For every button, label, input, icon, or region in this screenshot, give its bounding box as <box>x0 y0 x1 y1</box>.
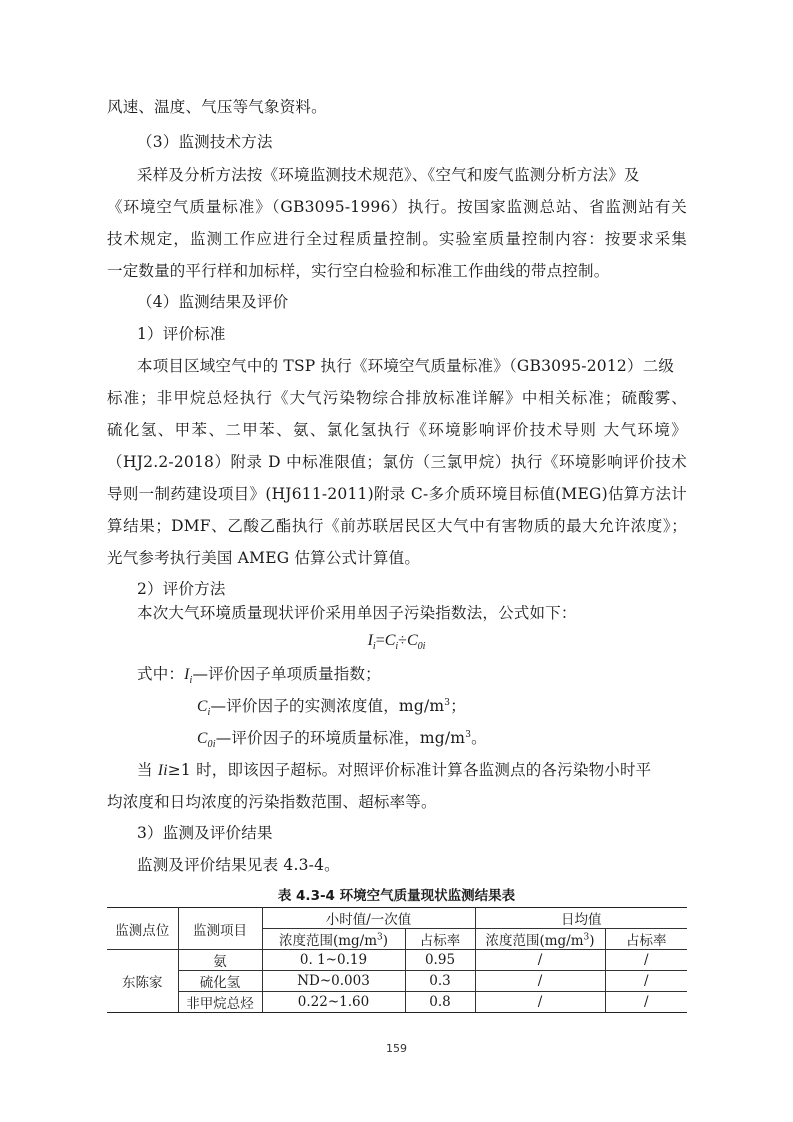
header-daily: 日均值 <box>475 908 687 929</box>
monitoring-results-table: 监测点位 监测项目 小时值/一次值 日均值 浓度范围(mg/m3) 占标率 浓度… <box>107 907 687 1013</box>
subheading-standards: 1）评价标准 <box>137 324 226 344</box>
cell-item: 氨 <box>178 950 262 971</box>
header-text: ) <box>589 933 594 949</box>
formula-div: ÷ <box>398 632 407 649</box>
cell-site: 东陈家 <box>107 950 178 1013</box>
paragraph-continuation: 风速、温度、气压等气象资料。 <box>107 97 327 117</box>
cell-daily-range: / <box>475 950 605 971</box>
cell-hourly-ratio: 0.8 <box>405 992 475 1013</box>
definition-end: 。 <box>471 729 487 747</box>
paragraph-method-line: 一定数量的平行样和加标样，实行空白检验和标准工作曲线的带点控制。 <box>107 261 609 281</box>
paragraph-formula-intro: 本次大气环境质量现状评价采用单因子污染指数法，公式如下： <box>137 603 577 623</box>
cell-hourly-range: 0.22~1.60 <box>262 992 405 1013</box>
paragraph-method-line: 技术规定，监测工作应进行全过程质量控制。实验室质量控制内容：按要求采集 <box>107 229 687 249</box>
paragraph-standards-line: 本项目区域空气中的 TSP 执行《环境空气质量标准》（GB3095-2012）二… <box>137 356 674 376</box>
table-header-row: 监测点位 监测项目 小时值/一次值 日均值 <box>107 908 687 929</box>
paragraph-exceed-line: 均浓度和日均浓度的污染指数范围、超标率等。 <box>107 792 437 812</box>
cell-hourly-range: ND~0.003 <box>262 971 405 992</box>
paragraph-standards-line: 光气参考执行美国 AMEG 估算公式计算值。 <box>107 548 420 568</box>
definition-line: Ci—评价因子的实测浓度值，mg/m3； <box>197 696 466 723</box>
header-text: 浓度范围(mg/m <box>485 933 583 949</box>
definition-text: —评价因子的实测浓度值，mg/m <box>211 697 445 715</box>
paragraph-standards-line: （HJ2.2-2018）附录 D 中标准限值；氯仿（三氯甲烷）执行《环境影响评价… <box>107 452 687 472</box>
formula-sub: 0i <box>418 641 426 652</box>
formula-eq: = <box>376 632 385 649</box>
subheading-results: 3）监测及评价结果 <box>137 823 273 843</box>
table-row: 硫化氢 ND~0.003 0.3 / / <box>107 971 687 992</box>
cell-daily-range: / <box>475 992 605 1013</box>
paragraph-standards-line: 算结果；DMF、乙酸乙酯执行《前苏联居民区大气中有害物质的最大允许浓度》； <box>107 516 687 536</box>
definition-sub: 0i <box>208 739 216 750</box>
paragraph-method-line: 《环境空气质量标准》（GB3095-1996）执行。按国家监测总站、省监测站有关 <box>107 197 687 217</box>
cell-hourly-ratio: 0.3 <box>405 971 475 992</box>
definition-end: ； <box>450 697 466 715</box>
cell-daily-ratio: / <box>605 971 687 992</box>
paragraph-standards-line: 标准；非甲烷总烃执行《大气污染物综合排放标准详解》中相关标准；硫酸雾、 <box>107 388 687 408</box>
definition-var: Ii <box>158 762 168 779</box>
paragraph-see-table: 监测及评价结果见表 4.3-4。 <box>137 855 340 875</box>
definition-prefix: 式中： <box>137 665 184 683</box>
cell-daily-ratio: / <box>605 992 687 1013</box>
definition-var: C <box>197 698 208 715</box>
text: 当 <box>137 761 158 779</box>
definition-line: 式中：Ii—评价因子单项质量指数； <box>137 664 381 691</box>
section-heading-monitoring-method: （3）监测技术方法 <box>137 132 273 152</box>
formula-var: C <box>385 632 396 649</box>
header-hourly-ratio: 占标率 <box>405 929 475 950</box>
header-site: 监测点位 <box>107 908 178 950</box>
paragraph-standards-line: 导则一制药建设项目》(HJ611-2011)附录 C-多介质环境目标值(MEG)… <box>107 484 687 504</box>
table-caption: 表 4.3-4 环境空气质量现状监测结果表 <box>0 884 793 904</box>
table-row: 东陈家 氨 0. 1~0.19 0.95 / / <box>107 950 687 971</box>
header-hourly-range: 浓度范围(mg/m3) <box>262 929 405 950</box>
definition-text: —评价因子的环境质量标准，mg/m <box>216 729 465 747</box>
paragraph-exceed-line: 当 Ii≥1 时，即该因子超标。对照评价标准计算各监测点的各污染物小时平 <box>137 760 651 781</box>
formula: Ii=Ci÷C0i <box>0 632 793 652</box>
definition-text: —评价因子单项质量指数； <box>192 665 380 683</box>
header-item: 监测项目 <box>178 908 262 950</box>
header-hourly: 小时值/一次值 <box>262 908 475 929</box>
text: ≥1 时，即该因子超标。对照评价标准计算各监测点的各污染物小时平 <box>168 761 652 779</box>
definition-line: C0i—评价因子的环境质量标准，mg/m3。 <box>197 728 487 755</box>
cell-hourly-ratio: 0.95 <box>405 950 475 971</box>
cell-hourly-range: 0. 1~0.19 <box>262 950 405 971</box>
cell-item: 硫化氢 <box>178 971 262 992</box>
header-text: 浓度范围(mg/m <box>279 933 377 949</box>
paragraph-standards-line: 硫化氢、甲苯、二甲苯、氨、氯化氢执行《环境影响评价技术导则 大气环境》 <box>107 420 687 440</box>
header-daily-ratio: 占标率 <box>605 929 687 950</box>
formula-var: C <box>407 632 418 649</box>
table-row: 非甲烷总烃 0.22~1.60 0.8 / / <box>107 992 687 1013</box>
cell-daily-range: / <box>475 971 605 992</box>
page-number: 159 <box>0 1042 793 1055</box>
paragraph-method-line: 采样及分析方法按《环境监测技术规范》、《空气和废气监测分析方法》及 <box>137 165 640 185</box>
section-heading-results: （4）监测结果及评价 <box>137 292 288 312</box>
definition-var: C <box>197 730 208 747</box>
header-text: ) <box>383 933 388 949</box>
header-daily-range: 浓度范围(mg/m3) <box>475 929 605 950</box>
subheading-method: 2）评价方法 <box>137 579 226 599</box>
cell-daily-ratio: / <box>605 950 687 971</box>
cell-item: 非甲烷总烃 <box>178 992 262 1013</box>
